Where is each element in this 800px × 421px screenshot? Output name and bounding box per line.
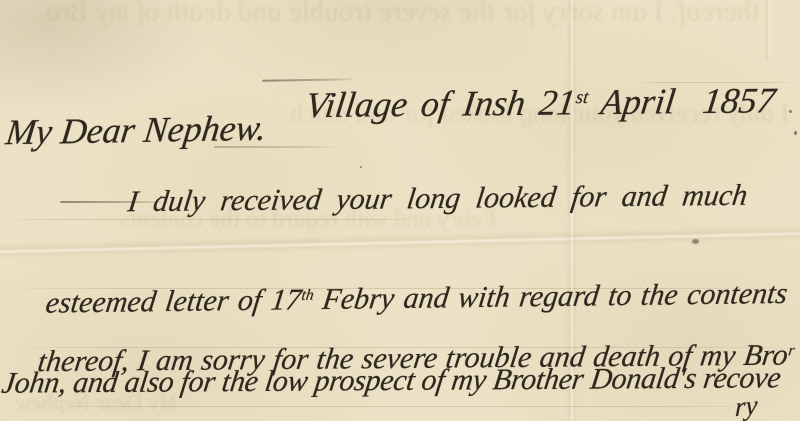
dateline-place-day: Village of Insh 21	[303, 82, 578, 125]
brother-abbrev-superscript: r	[787, 342, 795, 359]
letter-page: thereof, I am sorry for the severe troub…	[0, 0, 800, 421]
dateline: Village of Insh 21st April 1857	[241, 33, 784, 174]
ink-speck	[789, 110, 792, 113]
body-line-4: John, and also for the low prospect of m…	[0, 359, 783, 402]
salutation: My Dear Nephew.	[3, 106, 269, 156]
dateline-month-year: April 1857	[585, 80, 778, 122]
body-line-1: I duly received your long looked for and…	[126, 177, 750, 221]
bleedthrough-ghost-text: thereof, I am sorry for the severe troub…	[44, 0, 762, 29]
ink-speck	[794, 131, 797, 135]
body-line-4-carryover: ry	[734, 389, 758, 421]
